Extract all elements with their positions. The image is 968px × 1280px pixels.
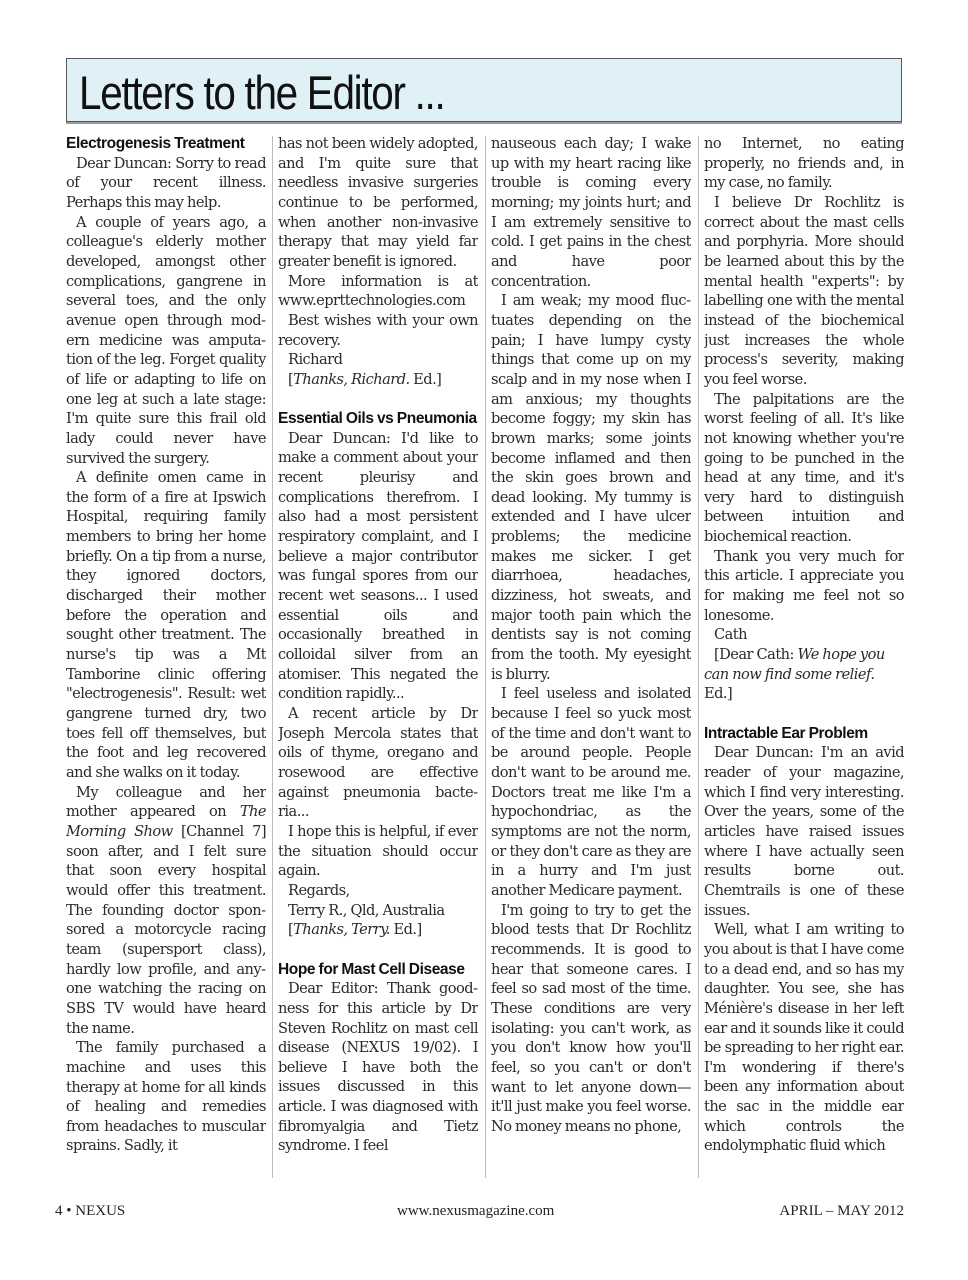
letter-paragraph: Dear Duncan: I'd like to make a comment … [278,429,478,704]
text-run: My colleague and her mother appeared on [66,784,266,821]
letter-paragraph: A couple of years ago, a colleague's eld… [66,213,266,469]
column-divider [698,136,699,1178]
column-4: no Internet, no eating properly, no frie… [704,134,904,1180]
letter-heading-mast-cell: Hope for Mast Cell Disease [278,960,478,980]
text-run: [Channel 7] soon after, and I felt sure … [66,823,266,1037]
page-number-label: 4 • NEXUS [55,1203,125,1220]
letter-paragraph: The palpitations are the worst feeling o… [704,390,904,547]
page-title: Letters to the Editor ... [79,65,444,121]
letter-signature: Richard [278,350,478,370]
letter-paragraph: Thank you very much for this article. I … [704,547,904,626]
page-header-banner: Letters to the Editor ... [66,58,902,122]
letter-paragraph: I believe Dr Rochlitz is correct about t… [704,193,904,390]
letter-paragraph: has not been widely adopt­ed, and I'm qu… [278,134,478,272]
letter-heading-electrogenesis: Electrogenesis Treatment [66,134,266,154]
letter-paragraph: A definite omen came in the form of a fi… [66,468,266,783]
letter-paragraph: no Internet, no eating properly, no frie… [704,134,904,193]
column-divider [272,136,273,1178]
letter-closing: Regards, [278,881,478,901]
letter-signature: Cath [704,625,904,645]
page-footer: 4 • NEXUS www.nexusmagazine.com APRIL – … [0,1203,968,1223]
issue-date: APRIL – MAY 2012 [779,1203,904,1220]
letter-paragraph: Best wishes with your own recovery. [278,311,478,350]
text-run: Ed.] [410,371,442,388]
editor-note: [Thanks, Terry. Ed.] [278,920,478,940]
editor-note: [Thanks, Richard. Ed.] [278,370,478,390]
website-link[interactable]: www.nexusmagazine.com [397,1203,554,1220]
letter-paragraph: I hope this is helpful, if ever the situ… [278,822,478,881]
letter-paragraph: My colleague and her mother appeared on … [66,783,266,1039]
editor-note: [Dear Cath: We hope you can now find som… [704,645,904,704]
letter-paragraph: The family purchased a machine and uses … [66,1038,266,1156]
column-3: nauseous each day; I wake up with my hea… [491,134,691,1180]
editor-note-italic: Thanks, Terry. [293,921,390,938]
letter-paragraph: I'm going to try to get the blood tests … [491,901,691,1137]
letter-paragraph: I feel useless and isolat­ed because I f… [491,684,691,900]
text-run: Ed.] [704,685,732,702]
letter-paragraph: A recent article by Dr Joseph Mercola st… [278,704,478,822]
column-divider [485,136,486,1178]
letter-paragraph: Dear Duncan: Sorry to read of your recen… [66,154,266,213]
letter-paragraph: Well, what I am writing to you about is … [704,920,904,1156]
letters-columns: Electrogenesis Treatment Dear Duncan: So… [66,134,904,1180]
letter-heading-ear-problem: Intractable Ear Problem [704,724,904,744]
letter-paragraph: I am weak; my mood fluc­tuates depending… [491,291,691,684]
text-run: [Dear Cath: [714,646,797,663]
editor-note-italic: Thanks, Richard. [293,371,409,388]
letter-signature: Terry R., Qld, Australia [278,901,478,921]
letter-paragraph: Dear Duncan: I'm an avid reader of your … [704,743,904,920]
text-run: Ed.] [390,921,422,938]
column-1: Electrogenesis Treatment Dear Duncan: So… [66,134,266,1180]
letter-paragraph: nauseous each day; I wake up with my hea… [491,134,691,291]
column-2: has not been widely adopt­ed, and I'm qu… [278,134,478,1180]
letter-heading-essential-oils: Essential Oils vs Pneumonia [278,409,478,429]
letter-paragraph: Dear Editor: Thank good­ness for this ar… [278,979,478,1156]
letter-paragraph: More information is at www.eprttechnolog… [278,272,478,311]
